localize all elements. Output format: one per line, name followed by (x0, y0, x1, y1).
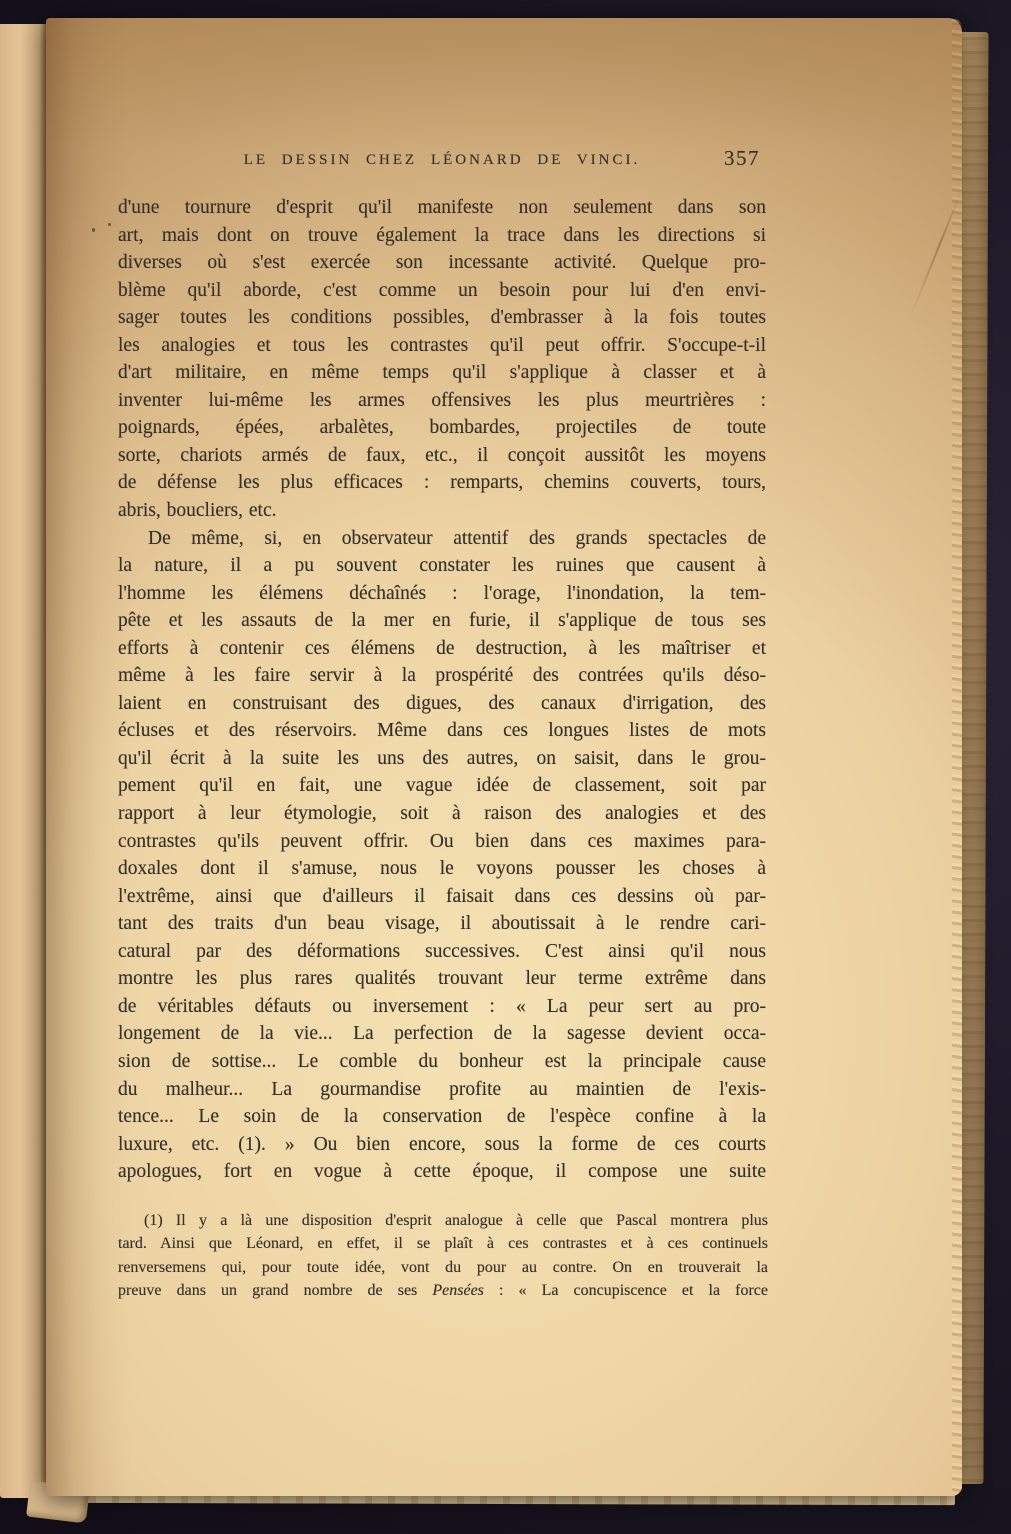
text-line: rapport à leur étymologie, soit à raison… (118, 800, 766, 828)
text-line: même à les faire servir à la prospérité … (118, 662, 766, 690)
ink-speck (108, 223, 111, 226)
deckled-edge (952, 18, 962, 1496)
text-line: sager toutes les conditions possibles, d… (118, 304, 766, 332)
running-head: LE DESSIN CHEZ LÉONARD DE VINCI. 357 (118, 152, 766, 180)
text-line: l'extrême, ainsi que d'ailleurs il faisa… (118, 883, 766, 911)
text-line: doxales dont il s'amuse, nous le voyons … (118, 855, 766, 883)
text-line: tence... Le soin de la conservation de l… (118, 1103, 766, 1131)
text-line: pête et les assauts de la mer en furie, … (118, 607, 766, 635)
text-line: poignards, épées, arbalètes, bombardes, … (118, 414, 766, 442)
text-line: De même, si, en observateur attentif des… (118, 525, 766, 553)
book-page: LE DESSIN CHEZ LÉONARD DE VINCI. 357 d'u… (46, 18, 962, 1496)
text-line: laient en construisant des digues, des c… (118, 690, 766, 718)
text-line: écluses et des réservoirs. Même dans ces… (118, 717, 766, 745)
text-line: d'une tournure d'esprit qu'il manifeste … (118, 194, 766, 222)
text-line: la nature, il a pu souvent constater les… (118, 552, 766, 580)
facing-page-edge (0, 24, 48, 1498)
page-number: 357 (724, 146, 760, 171)
body-text: d'une tournure d'esprit qu'il manifeste … (118, 194, 766, 1186)
text-line: de véritables défauts ou inversement : «… (118, 993, 766, 1021)
footnote-line: preuve dans un grand nombre de ses Pensé… (118, 1279, 768, 1302)
text-line: du malheur... La gourmandise profite au … (118, 1076, 766, 1104)
running-title: LE DESSIN CHEZ LÉONARD DE VINCI. (118, 152, 766, 169)
text-line: luxure, etc. (1). » Ou bien encore, sous… (118, 1131, 766, 1159)
text-line: longement de la vie... La perfection de … (118, 1020, 766, 1048)
text-line: montre les plus rares qualités trouvant … (118, 965, 766, 993)
text-line: efforts à contenir ces élémens de destru… (118, 635, 766, 663)
text-line: art, mais dont on trouve également la tr… (118, 222, 766, 250)
text-line: diverses où s'est exercée son incessante… (118, 249, 766, 277)
footnote-line: tard. Ainsi que Léonard, en effet, il se… (118, 1232, 768, 1255)
footnote-line: (1) Il y a là une disposition d'esprit a… (118, 1209, 768, 1232)
footnote: (1) Il y a là une disposition d'esprit a… (118, 1209, 768, 1303)
text-line: de défense les plus efficaces : remparts… (118, 469, 766, 497)
text-line: les analogies et tous les contrastes qu'… (118, 332, 766, 360)
ink-speck (92, 228, 95, 232)
text-line: catural par des déformations successives… (118, 938, 766, 966)
text-line: sion de sottise... Le comble du bonheur … (118, 1048, 766, 1076)
text-line: abris, boucliers, etc. (118, 497, 766, 525)
text-line: apologues, fort en vogue à cette époque,… (118, 1158, 766, 1186)
text-line: blème qu'il aborde, c'est comme un besoi… (118, 277, 766, 305)
book-photo: LE DESSIN CHEZ LÉONARD DE VINCI. 357 d'u… (0, 0, 1011, 1534)
text-line: pement qu'il en fait, une vague idée de … (118, 772, 766, 800)
text-line: l'homme les élémens déchaînés : l'orage,… (118, 580, 766, 608)
text-line: contrastes qu'ils peuvent offrir. Ou bie… (118, 828, 766, 856)
text-line: tant des traits d'un beau visage, il abo… (118, 910, 766, 938)
text-line: qu'il écrit à la suite les uns des autre… (118, 745, 766, 773)
text-line: sorte, chariots armés de faux, etc., il … (118, 442, 766, 470)
text-line: inventer lui-même les armes offensives l… (118, 387, 766, 415)
text-line: d'art militaire, en même temps qu'il s'a… (118, 359, 766, 387)
footnote-line: renversemens qui, pour toute idée, vont … (118, 1256, 768, 1279)
